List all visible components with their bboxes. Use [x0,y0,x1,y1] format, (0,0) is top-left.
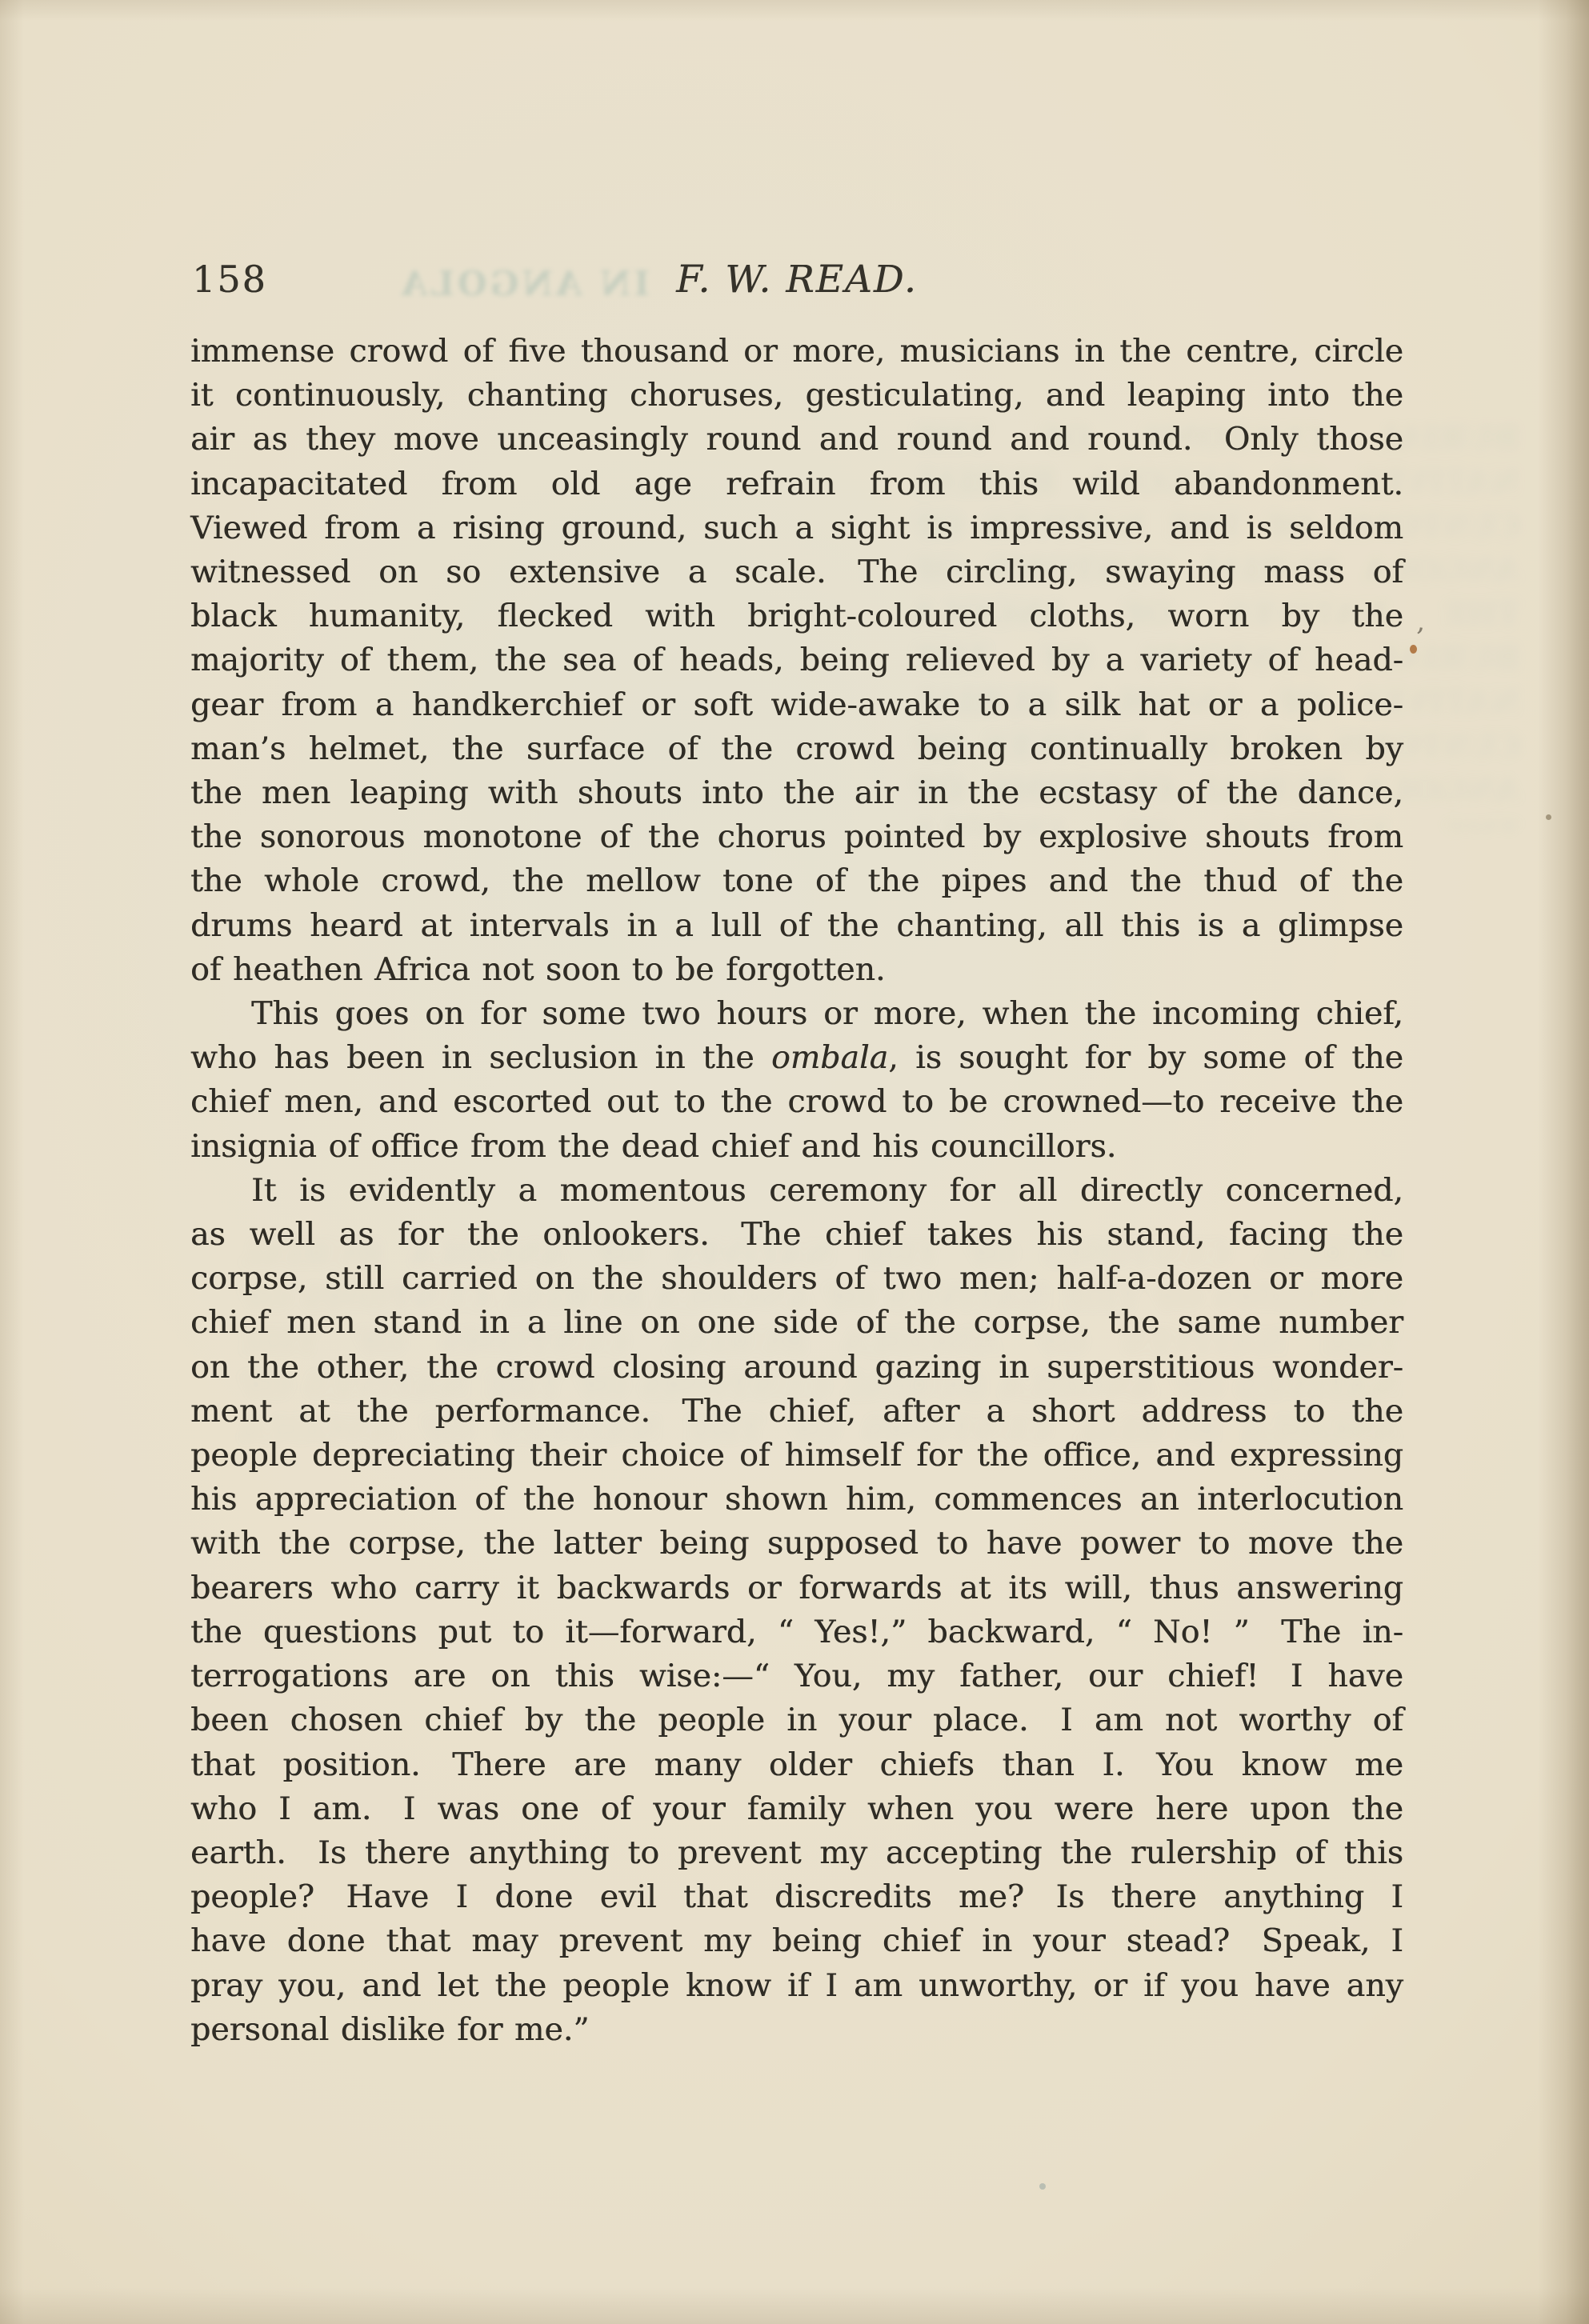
text-line: his appreciation of the honour shown him… [190,1478,1403,1522]
text-line: black humanity, flecked with bright-colo… [190,594,1403,638]
text-line: chief men, and escorted out to the crowd… [190,1080,1403,1124]
text-line: have done that may prevent my being chie… [190,1919,1403,1963]
page-edge-shadow [0,0,24,2324]
text-line: of heathen Africa not soon to be forgott… [190,948,1403,992]
text-line: immense crowd of five thousand or more, … [190,330,1403,374]
text-line: with the corpse, the latter being suppos… [190,1522,1403,1566]
text-line: it continuously, chanting choruses, gest… [190,374,1403,418]
text-line: been chosen chief by the people in your … [190,1698,1403,1742]
text-line: terrogations are on this wise:—“ You, my… [190,1654,1403,1698]
text-line: Viewed from a rising ground, such a sigh… [190,506,1403,550]
paper-speck [1039,2183,1046,2190]
text-line: man’s helmet, the surface of the crowd b… [190,727,1403,771]
text-line: corpse, still carried on the shoulders o… [190,1257,1403,1301]
text-line: incapacitated from old age refrain from … [190,462,1403,506]
text-line: ment at the performance. The chief, afte… [190,1390,1403,1434]
text-line: majority of them, the sea of heads, bein… [190,638,1403,682]
text-line: who I am. I was one of your family when … [190,1787,1403,1831]
text-line: on the other, the crowd closing around g… [190,1346,1403,1390]
text-line: air as they move unceasingly round and r… [190,418,1403,462]
italic-term: ombala [771,1039,888,1076]
text-line: It is evidently a momentous ceremony for… [190,1169,1403,1213]
text-line: witnessed on so extensive a scale. The c… [190,550,1403,594]
text-line: drums heard at intervals in a lull of th… [190,904,1403,948]
text-line: the whole crowd, the mellow tone of the … [190,859,1403,903]
text-line: as well as for the onlookers. The chief … [190,1213,1403,1257]
paper-speck [1410,645,1417,654]
text-line: insignia of office from the dead chief a… [190,1125,1403,1169]
page-body: immense crowd of five thousand or more, … [190,330,1403,2052]
text-line: the questions put to it—forward, “ Yes!,… [190,1610,1403,1654]
text-line: people depreciating their choice of hims… [190,1434,1403,1478]
text-line: This goes on for some two hours or more,… [190,992,1403,1036]
page-edge-shadow [0,0,1589,21]
text-line: bearers who carry it backwards or forwar… [190,1566,1403,1610]
text-line: earth. Is there anything to prevent my a… [190,1831,1403,1875]
text-line: who has been in seclusion in the ombala,… [190,1036,1403,1080]
book-page: IN ANGOLA BURIAL CUSTOMS OF THE NATIVES … [0,0,1589,2324]
page-header: 158 F. W. READ. [190,258,1403,306]
page-edge-shadow [0,2287,1589,2324]
running-header: F. W. READ. [190,258,1403,302]
text-line: chief men stand in a line on one side of… [190,1301,1403,1345]
text-line: pray you, and let the people know if I a… [190,1964,1403,2008]
text-line: the men leaping with shouts into the air… [190,771,1403,815]
text-line: people? Have I done evil that discredits… [190,1875,1403,1919]
text-line: the sonorous monotone of the chorus poin… [190,815,1403,859]
text-line: that position. There are many older chie… [190,1743,1403,1787]
text-line: gear from a handkerchief or soft wide-aw… [190,683,1403,727]
text-line: personal dislike for me.” [190,2008,1403,2052]
page-edge-shadow [1538,0,1589,2324]
